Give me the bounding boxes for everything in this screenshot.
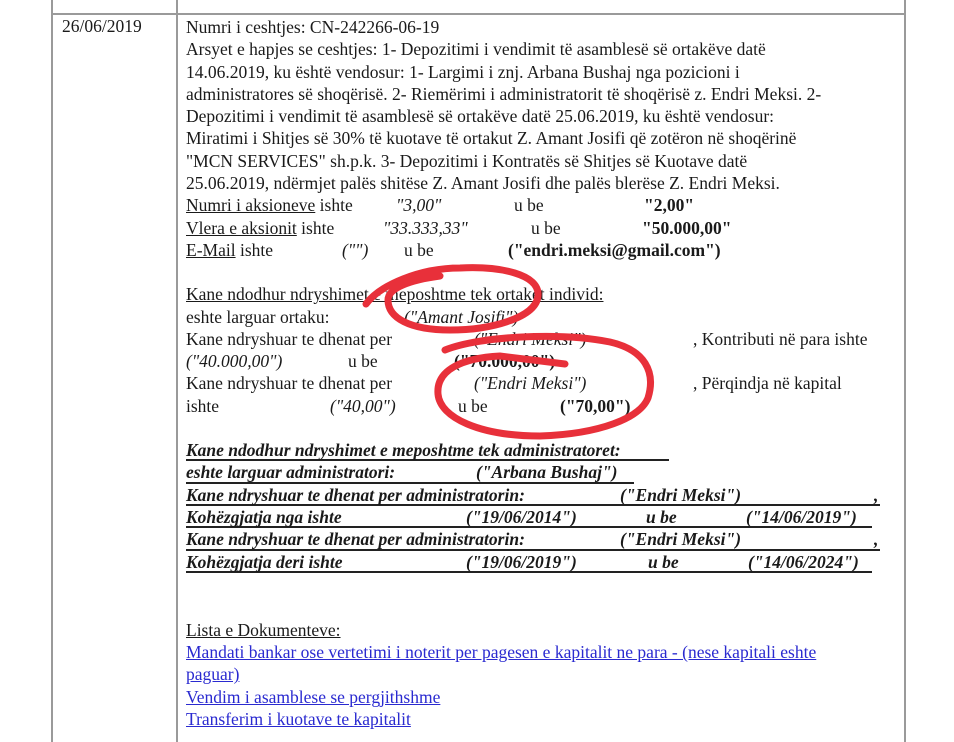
new-value: ("endri.meksi@gmail.com") — [508, 239, 721, 261]
admin-change-row: Kane ndryshuar te dhenat per administrat… — [186, 528, 880, 550]
reason-line: Miratimi i Shitjes së 30% të kuotave të … — [186, 127, 898, 149]
partner-change-values: ("40.000,00") u be ("70.000,00") — [186, 350, 898, 372]
reason-line: administratores së shoqërisë. 2- Riemëri… — [186, 83, 898, 105]
old-value: ("40,00") — [330, 395, 396, 417]
u-be: u be — [514, 194, 544, 216]
new-value: ("14/06/2024") — [748, 551, 859, 573]
documents-heading: Lista e Dokumenteve: — [186, 619, 898, 641]
reason-line: Depozitimi i vendimit të asamblesë së or… — [186, 105, 898, 127]
change-label: Numri i aksioneve — [186, 195, 315, 215]
removed-partner-name: ("Amant Josifi") — [404, 306, 518, 328]
case-number: Numri i ceshtjes: CN-242266-06-19 — [186, 16, 898, 38]
table-border-middle — [176, 0, 178, 742]
document-link-assembly-decision[interactable]: Vendim i asamblese se pergjithshme — [186, 687, 440, 707]
partner-name: ("Endri Meksi") — [474, 328, 586, 350]
change-row-shares: Numri i aksioneve ishte "3,00" u be "2,0… — [186, 194, 898, 216]
administrators-section: Kane ndodhur ndryshimet e meposhtme tek … — [186, 439, 898, 573]
u-be: u be — [646, 506, 677, 528]
u-be: u be — [648, 551, 679, 573]
table-border-right — [904, 0, 906, 742]
old-value: "3,00" — [396, 194, 441, 216]
new-value: ("70,00") — [560, 395, 630, 417]
entry-date: 26/06/2019 — [62, 16, 142, 37]
admin-name: ("Endri Meksi") — [620, 528, 741, 550]
document-link-bank-mandate[interactable]: Mandati bankar ose vertetimi i noterit p… — [186, 642, 816, 662]
field-name: , Përqindja në kapital — [693, 372, 842, 394]
change-row-share-value: Vlera e aksionit ishte "33.333,33" u be … — [186, 217, 898, 239]
partner-change-row: Kane ndryshuar te dhenat per ("Endri Mek… — [186, 372, 898, 394]
change-row-email: E-Mail ishte ("") u be ("endri.meksi@gma… — [186, 239, 898, 261]
admin-name: ("Endri Meksi") — [620, 484, 741, 506]
new-value: ("14/06/2019") — [746, 506, 857, 528]
u-be: u be — [348, 350, 378, 372]
new-value: "50.000,00" — [642, 217, 731, 239]
partners-heading: Kane ndodhur ndryshimet e meposhtme tek … — [186, 283, 898, 305]
entry-content: Numri i ceshtjes: CN-242266-06-19 Arsyet… — [186, 16, 898, 730]
change-label: Vlera e aksionit — [186, 218, 297, 238]
administrators-heading: Kane ndodhur ndryshimet e meposhtme tek … — [186, 439, 669, 461]
old-value: "33.333,33" — [383, 217, 468, 239]
removed-admin-name: ("Arbana Bushaj") — [476, 461, 618, 483]
document-link-bank-mandate-cont[interactable]: paguar) — [186, 664, 239, 684]
admin-from-row: Kohëzgjatja nga ishte ("19/06/2014") u b… — [186, 506, 872, 528]
u-be: u be — [458, 395, 488, 417]
table-row-divider — [51, 13, 906, 15]
new-value: "2,00" — [644, 194, 694, 216]
reason-line: Arsyet e hapjes se ceshtjes: 1- Depoziti… — [186, 38, 898, 60]
old-value: ("19/06/2019") — [466, 551, 577, 573]
u-be: u be — [404, 239, 434, 261]
old-value: ("40.000,00") — [186, 351, 282, 371]
reason-line: 14.06.2019, ku është vendosur: 1- Largim… — [186, 61, 898, 83]
partner-name: ("Endri Meksi") — [474, 372, 586, 394]
partner-change-values: ishte ("40,00") u be ("70,00") — [186, 395, 898, 417]
old-value: ("") — [342, 239, 368, 261]
reason-line: "MCN SERVICES" sh.p.k. 3- Depozitimi i K… — [186, 150, 898, 172]
old-value: ("19/06/2014") — [466, 506, 577, 528]
partner-change-row: Kane ndryshuar te dhenat per ("Endri Mek… — [186, 328, 898, 350]
admin-removed-row: eshte larguar administratori: ("Arbana B… — [186, 461, 634, 483]
new-value: ("70.000,00") — [454, 350, 555, 372]
reason-line: 25.06.2019, ndërmjet palës shitëse Z. Am… — [186, 172, 898, 194]
u-be: u be — [531, 217, 561, 239]
change-label: E-Mail — [186, 240, 236, 260]
field-name: , Kontributi në para ishte — [693, 328, 867, 350]
table-border-left — [51, 0, 53, 742]
partner-removed-row: eshte larguar ortaku: ("Amant Josifi") — [186, 306, 898, 328]
admin-to-row: Kohëzgjatja deri ishte ("19/06/2019") u … — [186, 551, 872, 573]
admin-change-row: Kane ndryshuar te dhenat per administrat… — [186, 484, 880, 506]
document-link-quota-transfer[interactable]: Transferim i kuotave te kapitalit — [186, 709, 411, 729]
